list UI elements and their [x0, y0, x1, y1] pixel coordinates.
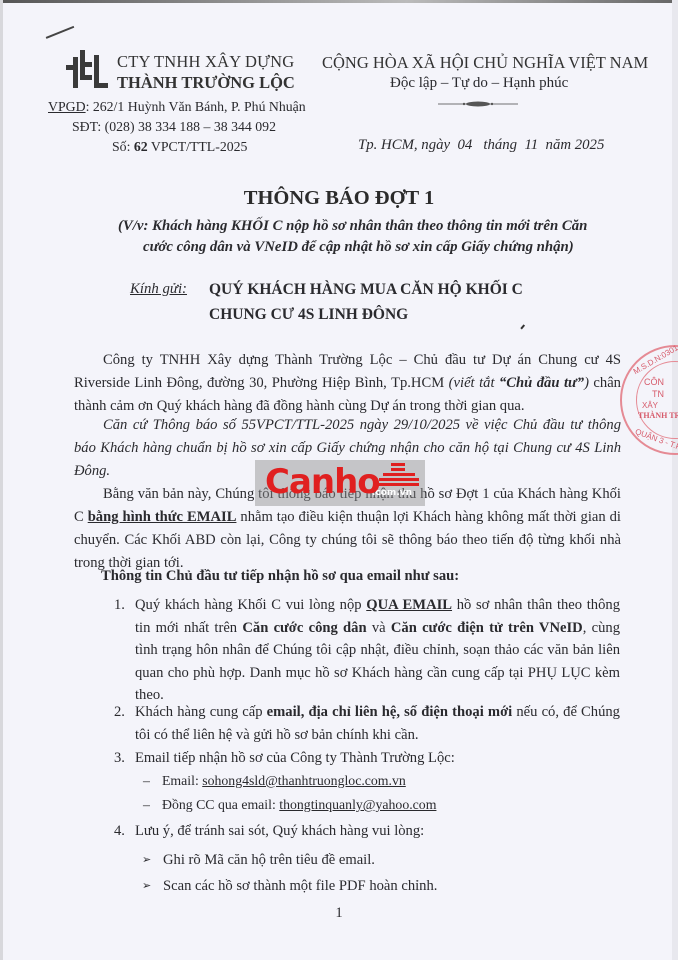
company-address: VPGD: 262/1 Huỳnh Văn Bánh, P. Phú Nhuận: [48, 99, 306, 115]
item-text: Lưu ý, để tránh sai sót, Quý khách hàng …: [135, 823, 424, 839]
item-number: 4.: [114, 820, 125, 843]
dash-bullet: –: [143, 797, 150, 813]
item-emphasis: email, địa chỉ liên hệ, số điện thoại mớ…: [267, 704, 513, 720]
document-number: Số: 62 VPCT/TTL-2025: [112, 139, 247, 155]
arrow-bullet-icon: ➢: [142, 879, 151, 892]
watermark-domain: .com.vn: [372, 488, 412, 498]
item-number: 3.: [114, 747, 125, 770]
email-entry: – Email: sohong4sld@thanhtruongloc.com.v…: [162, 773, 406, 789]
doc-no-prefix: Số:: [112, 139, 134, 154]
date-line: Tp. HCM, ngày 04 tháng 11 năm 2025: [358, 137, 604, 154]
p3-email-method: bằng hình thức EMAIL: [88, 509, 237, 525]
email-label: Email:: [162, 773, 202, 788]
scan-top-edge: [0, 0, 678, 3]
nation-title: CỘNG HÒA XÃ HỘI CHỦ NGHĨA VIỆT NAM: [322, 53, 648, 73]
email-entry: – Đồng CC qua email: thongtinquanly@yaho…: [162, 797, 436, 813]
item-text: Quý khách hàng Khối C vui lòng nộp: [135, 597, 366, 613]
stamp-line: CÔN: [644, 377, 664, 387]
item-emphasis: Căn cước điện tử trên VNeID: [391, 620, 583, 636]
item-number: 1.: [114, 594, 125, 617]
note-text: Ghi rõ Mã căn hộ trên tiêu đề email.: [163, 852, 375, 868]
stamp-inner-ring: [636, 361, 678, 439]
notice-subject-line2: cước công dân và VNeID để cập nhật hồ sơ…: [143, 239, 574, 256]
stamp-line: TN: [652, 389, 664, 399]
list-item: 4. Lưu ý, để tránh sai sót, Quý khách hà…: [135, 820, 620, 843]
doc-no-number: 62: [134, 139, 148, 154]
pen-mark: [46, 26, 74, 39]
list-item: 1. Quý khách hàng Khối C vui lòng nộp QU…: [135, 594, 620, 707]
email-link[interactable]: thongtinquanly@yahoo.com: [279, 797, 436, 812]
stamp-line: XÂY: [642, 401, 658, 410]
item-number: 2.: [114, 701, 125, 724]
ttl-logo-icon: [66, 50, 110, 90]
recipient-line2: CHUNG CƯ 4S LINH ĐÔNG: [209, 306, 408, 324]
stamp-line: THÀNH TR: [638, 411, 678, 420]
doc-no-suffix: VPCT/TTL-2025: [148, 139, 248, 154]
item-emphasis: Căn cước công dân: [242, 620, 366, 636]
item-text: Khách hàng cung cấp: [135, 704, 267, 720]
recipient-line1: QUÝ KHÁCH HÀNG MUA CĂN HỘ KHỐI C: [209, 281, 523, 299]
dash-bullet: –: [143, 773, 150, 789]
ornament-divider-icon: [438, 101, 518, 107]
paragraph-intro: Công ty TNHH Xây dựng Thành Trường Lộc –…: [74, 349, 621, 418]
item-emphasis: QUA EMAIL: [366, 597, 452, 613]
item-text: và: [367, 620, 391, 636]
pen-tick-mark: [520, 324, 524, 329]
company-name-line1: CTY TNHH XÂY DỰNG: [117, 52, 294, 72]
building-icon: [379, 463, 419, 489]
nation-motto: Độc lập – Tự do – Hạnh phúc: [390, 75, 568, 92]
canho-watermark: Canho .com.vn: [255, 460, 425, 506]
email-label: Đồng CC qua email:: [162, 797, 279, 812]
address-label: VPGD: [48, 99, 86, 114]
scan-right-edge: [672, 0, 678, 960]
watermark-brand: Canho: [265, 462, 380, 502]
notice-subject-line1: (V/v: Khách hàng KHỐI C nộp hồ sơ nhân t…: [118, 218, 587, 235]
kinh-gui-label: Kính gửi:: [130, 281, 187, 298]
arrow-bullet-icon: ➢: [142, 853, 151, 866]
company-phone: SĐT: (028) 38 334 188 – 38 344 092: [72, 119, 276, 135]
page-number: 1: [0, 905, 678, 922]
list-item: 2. Khách hàng cung cấp email, địa chỉ li…: [135, 701, 620, 746]
note-text: Scan các hồ sơ thành một file PDF hoàn c…: [163, 878, 437, 894]
note-item: ➢ Ghi rõ Mã căn hộ trên tiêu đề email.: [163, 852, 375, 869]
scan-left-edge: [0, 0, 3, 960]
company-seal-stamp: M.S.D.N:030144 CÔN TN XÂY THÀNH TR QUẬN …: [620, 345, 678, 455]
item-text: Email tiếp nhận hồ sơ của Công ty Thành …: [135, 750, 455, 766]
notice-title: THÔNG BÁO ĐỢT 1: [0, 187, 678, 210]
p1-abbrev-term: “Chủ đầu tư”: [499, 375, 584, 391]
p1-abbrev-open: (viết tắt: [449, 375, 499, 391]
address-text: : 262/1 Huỳnh Văn Bánh, P. Phú Nhuận: [86, 99, 306, 114]
list-item: 3. Email tiếp nhận hồ sơ của Công ty Thà…: [135, 747, 620, 770]
note-item: ➢ Scan các hồ sơ thành một file PDF hoàn…: [163, 878, 437, 895]
email-link[interactable]: sohong4sld@thanhtruongloc.com.vn: [202, 773, 406, 788]
company-name-line2: THÀNH TRƯỜNG LỘC: [117, 73, 295, 93]
info-heading: Thông tin Chủ đầu tư tiếp nhận hồ sơ qua…: [101, 568, 459, 585]
